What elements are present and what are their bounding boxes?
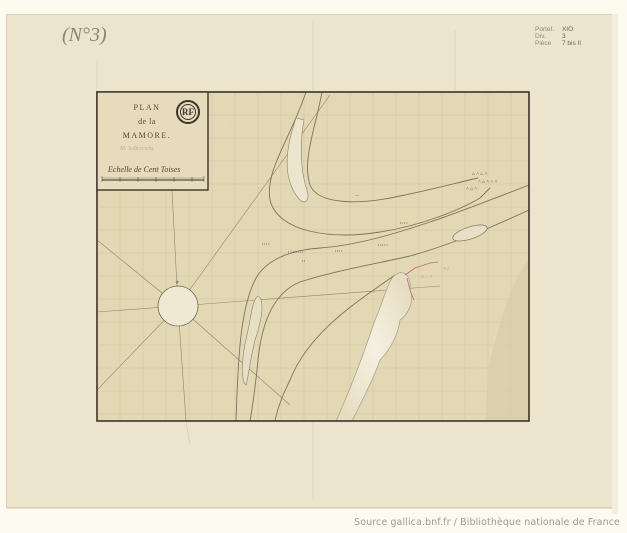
shelfmark: Portef. Div. Pièce XIO 3 7 bis II	[535, 26, 587, 47]
source-credit: Source gallica.bnf.fr / Bibliothèque nat…	[354, 517, 620, 528]
shelfmark-values: XIO 3 7 bis II	[562, 26, 581, 47]
svg-text:·: ·	[230, 121, 231, 126]
compass-rose	[158, 286, 198, 326]
svg-text:ı ı ı ı: ı ı ı ı	[400, 220, 408, 225]
svg-text:⁓: ⁓	[355, 193, 359, 198]
pencil-item-number: (N°3)	[62, 24, 107, 47]
library-stamp-icon: RF	[176, 100, 200, 124]
title-cartouche: PLAN de la MAMORE. M. Sobreviela Echelle…	[98, 93, 207, 189]
title-line-2: de la	[112, 117, 182, 126]
svg-text:ı ı ı ı: ı ı ı ı	[262, 241, 270, 246]
scale-label: Echelle de Cent Toises	[108, 165, 180, 174]
title-line-3: MAMORE.	[112, 131, 182, 140]
shelfmark-labels: Portef. Div. Pièce	[535, 26, 554, 47]
svg-text:ı ı ı ı: ı ı ı ı	[335, 248, 343, 253]
svg-text:ı ı ı ı ı: ı ı ı ı ı	[378, 242, 388, 247]
svg-text:˄ ⌂ ˄ ˄ ˄: ˄ ⌂ ˄ ˄ ˄	[478, 180, 497, 185]
svg-text:∴: ∴	[372, 290, 375, 295]
title-line-1: PLAN	[112, 103, 182, 112]
svg-text:˄ ⌂ ˄: ˄ ⌂ ˄	[466, 187, 477, 192]
compass-fleur-icon: ⚜	[175, 280, 179, 286]
author-faint-text: M. Sobreviela	[120, 146, 153, 152]
map-drawing: ⚜ ⌂ ∴ ⁖ ⌂ ˄ ⌂ ˄ ˄ ⌂ ˄ ˄ ˄ ˄ ⌂ ˄ ⁖ ∴ ∴	[0, 0, 627, 533]
svg-text:⌂ ∴ ⁖: ⌂ ∴ ⁖	[421, 275, 433, 280]
svg-text:ı ˄ ı ı ı ı ı: ı ˄ ı ı ı ı ı	[288, 249, 304, 254]
svg-text:·: ·	[125, 209, 126, 214]
svg-text:⌂ ˄ ⌂ ˄: ⌂ ˄ ⌂ ˄	[472, 172, 488, 177]
svg-text:⁖ ∴: ⁖ ∴	[443, 267, 450, 272]
